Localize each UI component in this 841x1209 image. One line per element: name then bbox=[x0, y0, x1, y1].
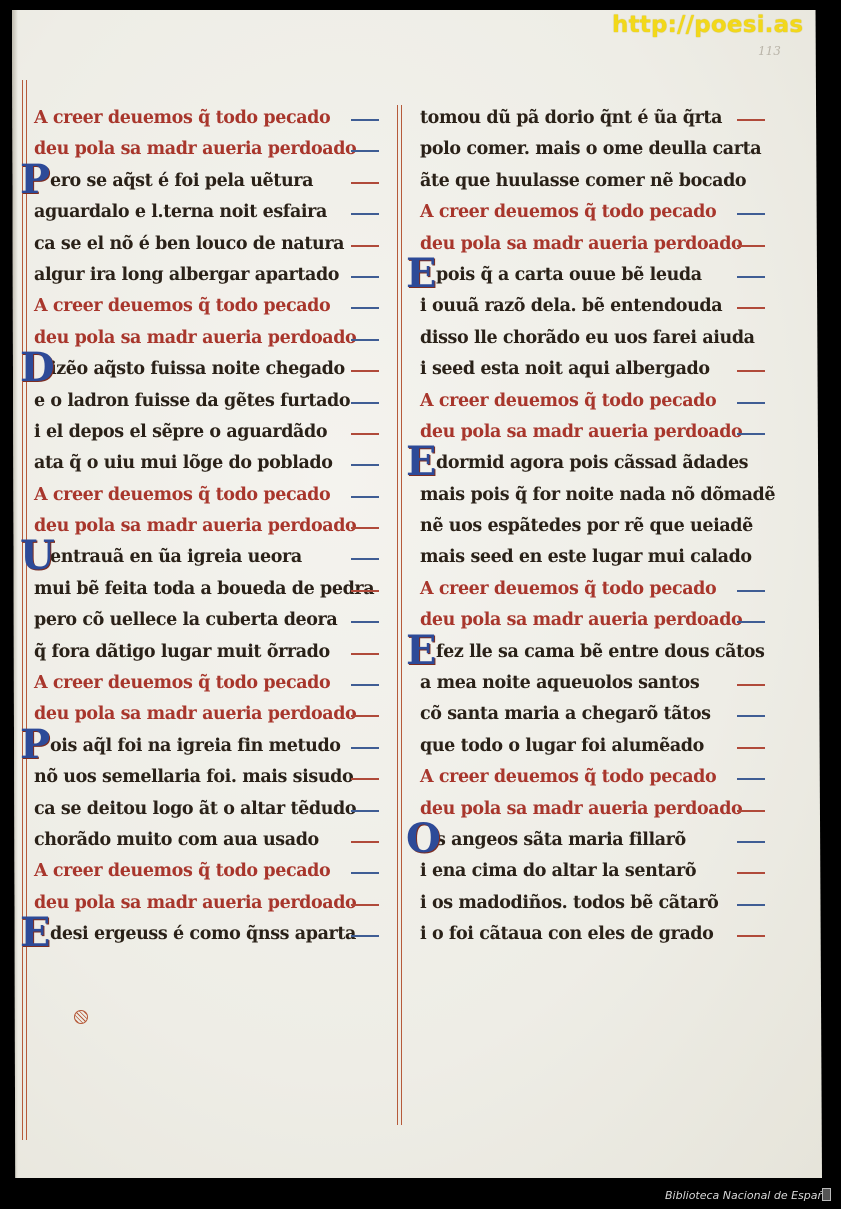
line-filler-stroke bbox=[351, 213, 379, 215]
line-text: fez lle sa cama bẽ entre dous cãtos bbox=[436, 637, 764, 668]
illuminated-initial: E bbox=[406, 442, 436, 482]
line-filler-stroke bbox=[351, 653, 379, 655]
line-filler-stroke bbox=[737, 872, 765, 874]
line-text: deu pola sa madr aueria perdoado bbox=[420, 605, 742, 636]
line-text: izẽo aq̃sto fuissa noite chegado bbox=[50, 354, 345, 385]
verse-line: Pero se aq̃st é foi pela uẽtura bbox=[34, 166, 389, 197]
verse-line: mais pois q̃ for noite nada nõ dõmadẽ bbox=[420, 480, 775, 511]
line-text: chorãdo muito com aua usado bbox=[34, 825, 319, 856]
illuminated-initial: O bbox=[406, 819, 440, 859]
refrain-line: A creer deuemos q̃ todo pecado bbox=[420, 574, 775, 605]
line-filler-stroke bbox=[737, 778, 765, 780]
verse-line: Uentrauã en ũa igreia ueora bbox=[34, 542, 389, 573]
line-text: A creer deuemos q̃ todo pecado bbox=[34, 856, 330, 887]
line-text: pois q̃ a carta ouue bẽ leuda bbox=[436, 260, 702, 291]
line-text: ata q̃ o uiu mui lõge do poblado bbox=[34, 448, 333, 479]
verse-line: e o ladron fuisse da gẽtes furtado bbox=[34, 386, 389, 417]
line-text: A creer deuemos q̃ todo pecado bbox=[420, 386, 716, 417]
line-filler-stroke bbox=[737, 590, 765, 592]
refrain-line: A creer deuemos q̃ todo pecado bbox=[34, 856, 389, 887]
line-filler-stroke bbox=[351, 370, 379, 372]
verse-line: q̃ fora dãtigo lugar muit õrrado bbox=[34, 637, 389, 668]
refrain-line: deu pola sa madr aueria perdoado bbox=[420, 794, 775, 825]
line-text: polo comer. mais o ome deulla carta bbox=[420, 134, 761, 165]
line-text: ca se el nõ é ben louco de natura bbox=[34, 229, 344, 260]
line-filler-stroke bbox=[351, 590, 379, 592]
line-filler-stroke bbox=[351, 245, 379, 247]
line-filler-stroke bbox=[351, 307, 379, 309]
line-text: deu pola sa madr aueria perdoado bbox=[34, 511, 356, 542]
line-filler-stroke bbox=[351, 119, 379, 121]
line-text: dormid agora pois cãssad ãdades bbox=[436, 448, 748, 479]
verse-line: ca se deitou logo ãt o altar tẽdudo bbox=[34, 794, 389, 825]
refrain-line: deu pola sa madr aueria perdoado bbox=[34, 888, 389, 919]
refrain-line: deu pola sa madr aueria perdoado bbox=[34, 323, 389, 354]
verse-line: ca se el nõ é ben louco de natura bbox=[34, 229, 389, 260]
line-text: A creer deuemos q̃ todo pecado bbox=[34, 480, 330, 511]
line-text: ero se aq̃st é foi pela uẽtura bbox=[50, 166, 313, 197]
line-filler-stroke bbox=[737, 621, 765, 623]
line-text: tomou dũ pã dorio q̃nt é ũa q̃rta bbox=[420, 103, 722, 134]
line-text: deu pola sa madr aueria perdoado bbox=[420, 229, 742, 260]
line-filler-stroke bbox=[351, 464, 379, 466]
verse-line: Dizẽo aq̃sto fuissa noite chegado bbox=[34, 354, 389, 385]
line-filler-stroke bbox=[737, 747, 765, 749]
verse-line: i os madodiños. todos bẽ cãtarõ bbox=[420, 888, 775, 919]
illuminated-initial: E bbox=[20, 913, 50, 953]
line-filler-stroke bbox=[737, 402, 765, 404]
line-text: algur ira long albergar apartado bbox=[34, 260, 339, 291]
line-text: mais seed en este lugar mui calado bbox=[420, 542, 752, 573]
illuminated-initial: U bbox=[20, 536, 54, 576]
line-text: i o foi cãtaua con eles de grado bbox=[420, 919, 713, 950]
line-filler-stroke bbox=[737, 935, 765, 937]
line-filler-stroke bbox=[351, 558, 379, 560]
verse-line: que todo o lugar foi alumẽado bbox=[420, 731, 775, 762]
line-filler-stroke bbox=[737, 684, 765, 686]
illuminated-initial: P bbox=[20, 725, 50, 765]
line-filler-stroke bbox=[351, 150, 379, 152]
line-filler-stroke bbox=[351, 715, 379, 717]
refrain-line: A creer deuemos q̃ todo pecado bbox=[34, 103, 389, 134]
line-text: i os madodiños. todos bẽ cãtarõ bbox=[420, 888, 718, 919]
verse-line: Pois aq̃l foi na igreia fin metudo bbox=[34, 731, 389, 762]
left-margin-flourish bbox=[22, 80, 27, 1140]
line-text: A creer deuemos q̃ todo pecado bbox=[420, 197, 716, 228]
line-text: A creer deuemos q̃ todo pecado bbox=[420, 574, 716, 605]
line-filler-stroke bbox=[351, 747, 379, 749]
line-text: deu pola sa madr aueria perdoado bbox=[34, 888, 356, 919]
verse-line: ãte que huulasse comer nẽ bocado bbox=[420, 166, 775, 197]
line-text: ãte que huulasse comer nẽ bocado bbox=[420, 166, 746, 197]
illuminated-initial: E bbox=[406, 631, 436, 671]
refrain-line: deu pola sa madr aueria perdoado bbox=[420, 417, 775, 448]
line-text: aguardalo e l.terna noit esfaira bbox=[34, 197, 327, 228]
line-filler-stroke bbox=[737, 841, 765, 843]
line-text: disso lle chorãdo eu uos farei aiuda bbox=[420, 323, 755, 354]
line-filler-stroke bbox=[737, 119, 765, 121]
refrain-line: deu pola sa madr aueria perdoado bbox=[34, 511, 389, 542]
verse-line: cõ santa maria a chegarõ tãtos bbox=[420, 699, 775, 730]
refrain-line: A creer deuemos q̃ todo pecado bbox=[420, 762, 775, 793]
verse-line: i el depos el sẽpre o aguardãdo bbox=[34, 417, 389, 448]
refrain-line: A creer deuemos q̃ todo pecado bbox=[420, 386, 775, 417]
verse-line: mais seed en este lugar mui calado bbox=[420, 542, 775, 573]
verse-line: chorãdo muito com aua usado bbox=[34, 825, 389, 856]
verse-line: disso lle chorãdo eu uos farei aiuda bbox=[420, 323, 775, 354]
line-filler-stroke bbox=[351, 778, 379, 780]
verse-line: tomou dũ pã dorio q̃nt é ũa q̃rta bbox=[420, 103, 775, 134]
line-text: s angeos sãta maria fillarõ bbox=[436, 825, 686, 856]
line-text: e o ladron fuisse da gẽtes furtado bbox=[34, 386, 350, 417]
refrain-line: deu pola sa madr aueria perdoado bbox=[34, 699, 389, 730]
line-text: mui bẽ feita toda a boueda de pedra bbox=[34, 574, 374, 605]
verse-line: pero cõ uellece la cuberta deora bbox=[34, 605, 389, 636]
verse-line: algur ira long albergar apartado bbox=[34, 260, 389, 291]
line-text: i seed esta noit aqui albergado bbox=[420, 354, 710, 385]
verse-line: Efez lle sa cama bẽ entre dous cãtos bbox=[420, 637, 775, 668]
verse-line: a mea noite aqueuolos santos bbox=[420, 668, 775, 699]
line-text: entrauã en ũa igreia ueora bbox=[50, 542, 302, 573]
line-text: i ena cima do altar la sentarõ bbox=[420, 856, 696, 887]
verse-line: Epois q̃ a carta ouue bẽ leuda bbox=[420, 260, 775, 291]
line-text: i ouuã razõ dela. bẽ entendouda bbox=[420, 291, 722, 322]
line-text: desi ergeuss é como q̃nss aparta bbox=[50, 919, 356, 950]
line-text: A creer deuemos q̃ todo pecado bbox=[34, 291, 330, 322]
folio-number: 113 bbox=[758, 44, 781, 58]
verse-line: i o foi cãtaua con eles de grado bbox=[420, 919, 775, 950]
line-filler-stroke bbox=[737, 810, 765, 812]
line-text: deu pola sa madr aueria perdoado bbox=[420, 794, 742, 825]
refrain-line: A creer deuemos q̃ todo pecado bbox=[34, 668, 389, 699]
line-filler-stroke bbox=[737, 213, 765, 215]
line-filler-stroke bbox=[351, 276, 379, 278]
line-filler-stroke bbox=[737, 276, 765, 278]
refrain-line: A creer deuemos q̃ todo pecado bbox=[420, 197, 775, 228]
illuminated-initial: E bbox=[406, 254, 436, 294]
line-text: deu pola sa madr aueria perdoado bbox=[34, 699, 356, 730]
line-filler-stroke bbox=[351, 841, 379, 843]
line-text: que todo o lugar foi alumẽado bbox=[420, 731, 704, 762]
line-text: cõ santa maria a chegarõ tãtos bbox=[420, 699, 711, 730]
line-text: ois aq̃l foi na igreia fin metudo bbox=[50, 731, 341, 762]
line-filler-stroke bbox=[351, 904, 379, 906]
line-filler-stroke bbox=[351, 527, 379, 529]
refrain-line: deu pola sa madr aueria perdoado bbox=[34, 134, 389, 165]
line-filler-stroke bbox=[351, 872, 379, 874]
illuminated-initial: P bbox=[20, 160, 50, 200]
line-filler-stroke bbox=[351, 182, 379, 184]
line-filler-stroke bbox=[737, 433, 765, 435]
line-filler-stroke bbox=[737, 245, 765, 247]
line-text: deu pola sa madr aueria perdoado bbox=[34, 323, 356, 354]
line-text: deu pola sa madr aueria perdoado bbox=[34, 134, 356, 165]
verse-line: mui bẽ feita toda a boueda de pedra bbox=[34, 574, 389, 605]
refrain-line: A creer deuemos q̃ todo pecado bbox=[34, 291, 389, 322]
line-text: a mea noite aqueuolos santos bbox=[420, 668, 699, 699]
verse-line: Edesi ergeuss é como q̃nss aparta bbox=[34, 919, 389, 950]
verse-line: Edormid agora pois cãssad ãdades bbox=[420, 448, 775, 479]
verse-line: nẽ uos espãtedes por rẽ que ueiadẽ bbox=[420, 511, 775, 542]
line-filler-stroke bbox=[351, 810, 379, 812]
verse-line: i seed esta noit aqui albergado bbox=[420, 354, 775, 385]
verse-line: Os angeos sãta maria fillarõ bbox=[420, 825, 775, 856]
line-filler-stroke bbox=[737, 307, 765, 309]
line-filler-stroke bbox=[351, 402, 379, 404]
line-filler-stroke bbox=[351, 935, 379, 937]
line-filler-stroke bbox=[351, 621, 379, 623]
line-text: i el depos el sẽpre o aguardãdo bbox=[34, 417, 327, 448]
verse-line: polo comer. mais o ome deulla carta bbox=[420, 134, 775, 165]
line-text: deu pola sa madr aueria perdoado bbox=[420, 417, 742, 448]
line-filler-stroke bbox=[351, 433, 379, 435]
line-filler-stroke bbox=[351, 339, 379, 341]
line-filler-stroke bbox=[737, 904, 765, 906]
flourish-knot-ornament bbox=[74, 1010, 88, 1024]
line-text: pero cõ uellece la cuberta deora bbox=[34, 605, 337, 636]
refrain-line: deu pola sa madr aueria perdoado bbox=[420, 605, 775, 636]
line-text: A creer deuemos q̃ todo pecado bbox=[34, 103, 330, 134]
left-text-column: A creer deuemos q̃ todo pecadodeu pola s… bbox=[34, 103, 389, 951]
verse-line: i ouuã razõ dela. bẽ entendouda bbox=[420, 291, 775, 322]
verse-line: i ena cima do altar la sentarõ bbox=[420, 856, 775, 887]
line-text: nõ uos semellaria foi. mais sisudo bbox=[34, 762, 353, 793]
line-text: ca se deitou logo ãt o altar tẽdudo bbox=[34, 794, 356, 825]
verse-line: ata q̃ o uiu mui lõge do poblado bbox=[34, 448, 389, 479]
right-text-column: tomou dũ pã dorio q̃nt é ũa q̃rtapolo co… bbox=[420, 103, 775, 951]
line-filler-stroke bbox=[351, 496, 379, 498]
library-logo-icon bbox=[822, 1188, 831, 1201]
line-text: nẽ uos espãtedes por rẽ que ueiadẽ bbox=[420, 511, 753, 542]
illuminated-initial: D bbox=[20, 348, 54, 388]
verse-line: aguardalo e l.terna noit esfaira bbox=[34, 197, 389, 228]
line-text: A creer deuemos q̃ todo pecado bbox=[420, 762, 716, 793]
line-filler-stroke bbox=[737, 370, 765, 372]
library-credit: Biblioteca Nacional de España bbox=[665, 1189, 831, 1202]
line-filler-stroke bbox=[737, 715, 765, 717]
verse-line: nõ uos semellaria foi. mais sisudo bbox=[34, 762, 389, 793]
line-filler-stroke bbox=[351, 684, 379, 686]
refrain-line: deu pola sa madr aueria perdoado bbox=[420, 229, 775, 260]
line-text: q̃ fora dãtigo lugar muit õrrado bbox=[34, 637, 330, 668]
center-margin-flourish bbox=[397, 105, 402, 1125]
refrain-line: A creer deuemos q̃ todo pecado bbox=[34, 480, 389, 511]
line-text: A creer deuemos q̃ todo pecado bbox=[34, 668, 330, 699]
watermark-url[interactable]: http://poesi.as bbox=[612, 12, 803, 38]
line-text: mais pois q̃ for noite nada nõ dõmadẽ bbox=[420, 480, 775, 511]
